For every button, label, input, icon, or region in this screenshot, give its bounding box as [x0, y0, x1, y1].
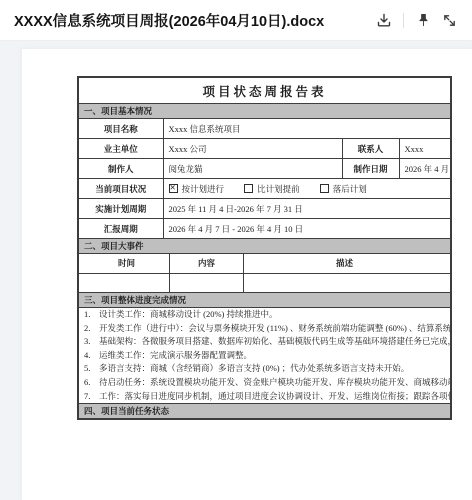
expand-icon[interactable] [436, 7, 462, 33]
plan-period-label: 实施计划周期 [78, 199, 163, 219]
list-item: 5.多语言支持：商城（含经销商）多语言支持 (0%) ；代办处系统多语言支持未开… [84, 362, 445, 376]
plan-period-value: 2025 年 11 月 4 日-2026 年 7 月 31 日 [163, 199, 451, 219]
events-empty-row [84, 274, 445, 292]
checkbox-behind-icon[interactable] [320, 184, 329, 193]
section-next-header: 四、项目当前任务状态 [78, 404, 451, 420]
file-preview-toolbar: XXXX信息系统项目周报(2026年04月10日).docx [0, 0, 472, 41]
section-events-header: 二、项目大事件 [78, 239, 451, 254]
events-header-row: 时间 内容 描述 [84, 254, 445, 273]
list-item: 4.运维类工作：完成演示服务器配置调整。 [84, 349, 445, 363]
create-date-value: 2026 年 4 月 10 日 [399, 159, 451, 179]
project-name-label: 项目名称 [78, 119, 163, 139]
list-item: 3.基础架构：各微服务项目搭建、数据库初始化、基础模版代码生成等基础环境搭建任务… [84, 335, 445, 349]
pin-icon[interactable] [410, 7, 436, 33]
events-col-time: 时间 [84, 254, 170, 273]
status-option-behind: 落后计划 [320, 184, 367, 194]
status-option-ahead: 比计划提前 [244, 184, 300, 194]
list-item: 6.待启动任务：系统设置模块功能开发、资金账户模块功能开发、库存模块功能开发、商… [84, 376, 445, 390]
project-name-value: Xxxx 信息系统项目 [163, 119, 451, 139]
report-title: 项目状态周报告表 [78, 77, 451, 104]
list-item: 7.工作：落实每日进度同步机制，通过项目进度会议协调设计、开发、运维岗位衔接；跟… [84, 390, 445, 404]
contact-value: Xxxx [399, 139, 451, 159]
create-date-label: 制作日期 [342, 159, 399, 179]
list-item: 1.设计类工作：商城移动设计 (20%) 持续推进中。 [84, 308, 445, 322]
toolbar-separator [403, 13, 404, 28]
owner-unit-value: Xxxx 公司 [163, 139, 342, 159]
author-label: 制作人 [78, 159, 163, 179]
events-empty-time [84, 274, 170, 292]
events-col-content: 内容 [170, 254, 244, 273]
checkbox-ahead-icon[interactable] [244, 184, 253, 193]
events-empty-content [170, 274, 244, 292]
document-page[interactable]: 项目状态周报告表 一、项目基本情况 项目名称 Xxxx 信息系统项目 业主单位 … [22, 49, 472, 500]
current-status-label: 当前项目状况 [78, 179, 163, 199]
author-value: 阅兔龙猫 [163, 159, 342, 179]
section-basic-info-header: 一、项目基本情况 [78, 104, 451, 119]
report-period-value: 2026 年 4 月 7 日 - 2026 年 4 月 10 日 [163, 219, 451, 239]
status-option-on-plan: 按计划进行 [169, 184, 225, 194]
checkbox-on-plan-icon[interactable] [169, 184, 178, 193]
contact-label: 联系人 [342, 139, 399, 159]
download-icon[interactable] [371, 7, 397, 33]
toolbar-actions [371, 7, 472, 33]
list-item: 2.开发类工作（进行中）：会议与票务模块开发 (11%) 、财务系统前端功能调整… [84, 322, 445, 336]
document-filename: XXXX信息系统项目周报(2026年04月10日).docx [0, 10, 371, 31]
section-progress-header: 三、项目整体进度完成情况 [78, 293, 451, 308]
progress-list: 1.设计类工作：商城移动设计 (20%) 持续推进中。 2.开发类工作（进行中）… [78, 308, 451, 404]
owner-unit-label: 业主单位 [78, 139, 163, 159]
events-col-desc: 描述 [244, 254, 445, 273]
current-status-options: 按计划进行 比计划提前 落后计划 [163, 179, 451, 199]
report-period-label: 汇报周期 [78, 219, 163, 239]
events-empty-desc [244, 274, 445, 292]
weekly-report-table: 项目状态周报告表 一、项目基本情况 项目名称 Xxxx 信息系统项目 业主单位 … [77, 76, 450, 420]
